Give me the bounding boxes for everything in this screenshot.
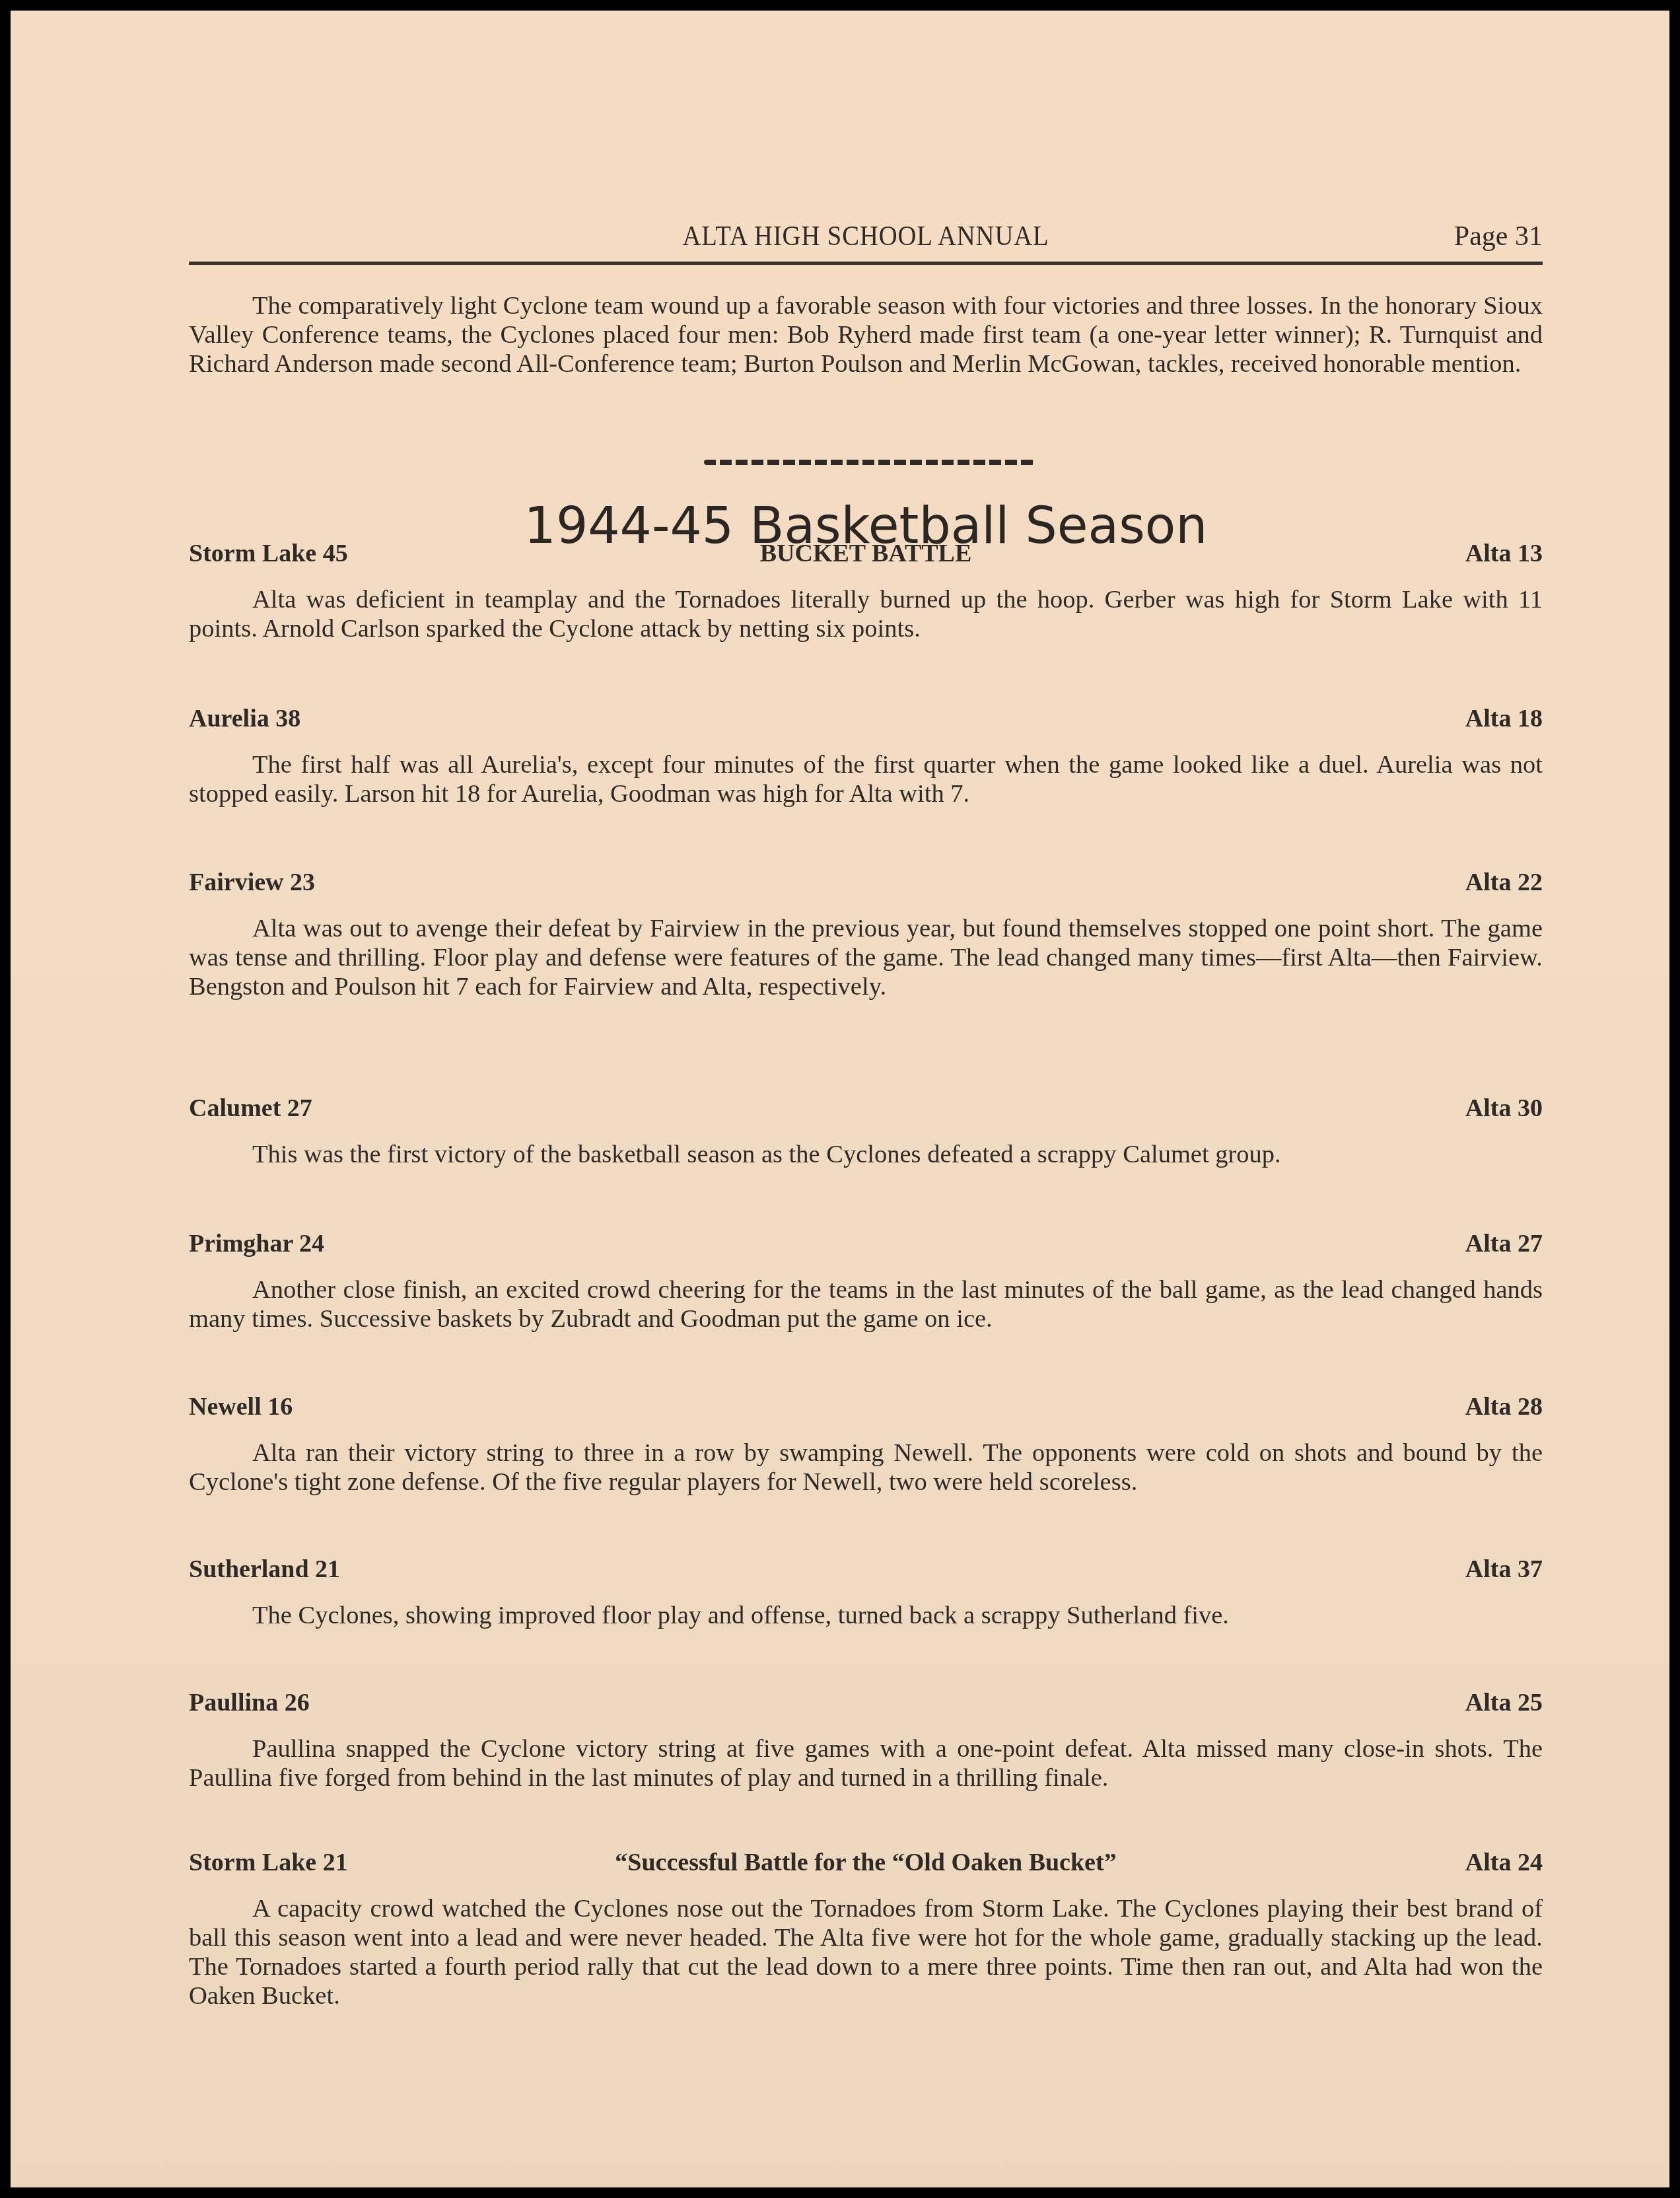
opponent-score: Calumet 27 (189, 1094, 312, 1123)
game-recap: Alta was out to avenge their defeat by F… (189, 914, 1543, 1001)
game-caption: “Successful Battle for the “Old Oaken Bu… (189, 1848, 1543, 1877)
game-caption: BUCKET BATTLE (189, 539, 1543, 568)
game-recap: This was the first victory of the basket… (189, 1140, 1543, 1169)
page-number: Page 31 (1454, 221, 1543, 252)
game-score-line: Primghar 24 Alta 27 (189, 1229, 1543, 1262)
game-score-line: Newell 16 Alta 28 (189, 1392, 1543, 1425)
intro-paragraph: The comparatively light Cyclone team wou… (189, 291, 1543, 378)
game-entry: Fairview 23 Alta 22 Alta was out to aven… (189, 868, 1543, 1001)
game-recap: The first half was all Aurelia's, except… (189, 750, 1543, 808)
alta-score: Alta 18 (1465, 704, 1543, 733)
alta-score: Alta 28 (1465, 1392, 1543, 1421)
dotted-separator (704, 460, 1034, 465)
game-recap: Paullina snapped the Cyclone victory str… (189, 1734, 1543, 1792)
game-score-line: Sutherland 21 Alta 37 (189, 1555, 1543, 1588)
yearbook-page: ALTA HIGH SCHOOL ANNUAL Page 31 The comp… (11, 11, 1669, 2187)
opponent-score: Fairview 23 (189, 868, 315, 897)
game-entry: Primghar 24 Alta 27 Another close finish… (189, 1229, 1543, 1333)
game-score-line: Fairview 23 Alta 22 (189, 868, 1543, 901)
running-title: ALTA HIGH SCHOOL ANNUAL (243, 221, 1488, 252)
game-score-line: Storm Lake 45 BUCKET BATTLE Alta 13 (189, 539, 1543, 572)
alta-score: Alta 24 (1465, 1848, 1543, 1877)
running-header: ALTA HIGH SCHOOL ANNUAL Page 31 (189, 221, 1543, 260)
game-recap: The Cyclones, showing improved floor pla… (189, 1601, 1543, 1630)
game-entry: Storm Lake 21 “Successful Battle for the… (189, 1848, 1543, 2010)
alta-score: Alta 30 (1465, 1094, 1543, 1123)
game-entry: Sutherland 21 Alta 37 The Cyclones, show… (189, 1555, 1543, 1630)
alta-score: Alta 13 (1465, 539, 1543, 568)
game-entry: Aurelia 38 Alta 18 The first half was al… (189, 704, 1543, 808)
alta-score: Alta 27 (1465, 1229, 1543, 1258)
game-recap: Alta was deficient in teamplay and the T… (189, 585, 1543, 643)
football-summary: The comparatively light Cyclone team wou… (189, 291, 1543, 378)
game-score-line: Paullina 26 Alta 25 (189, 1688, 1543, 1721)
game-entry: Storm Lake 45 BUCKET BATTLE Alta 13 Alta… (189, 539, 1543, 643)
header-rule (189, 262, 1543, 265)
game-recap: Alta ran their victory string to three i… (189, 1438, 1543, 1497)
alta-score: Alta 22 (1465, 868, 1543, 897)
game-score-line: Aurelia 38 Alta 18 (189, 704, 1543, 737)
game-recap: Another close finish, an excited crowd c… (189, 1275, 1543, 1333)
alta-score: Alta 25 (1465, 1688, 1543, 1717)
game-score-line: Calumet 27 Alta 30 (189, 1094, 1543, 1127)
opponent-score: Aurelia 38 (189, 704, 300, 733)
game-entry: Calumet 27 Alta 30 This was the first vi… (189, 1094, 1543, 1169)
game-entry: Newell 16 Alta 28 Alta ran their victory… (189, 1392, 1543, 1497)
game-recap: A capacity crowd watched the Cyclones no… (189, 1894, 1543, 2010)
opponent-score: Newell 16 (189, 1392, 293, 1421)
opponent-score: Sutherland 21 (189, 1555, 340, 1584)
opponent-score: Primghar 24 (189, 1229, 324, 1258)
game-score-line: Storm Lake 21 “Successful Battle for the… (189, 1848, 1543, 1881)
game-entry: Paullina 26 Alta 25 Paullina snapped the… (189, 1688, 1543, 1792)
opponent-score: Paullina 26 (189, 1688, 310, 1717)
alta-score: Alta 37 (1465, 1555, 1543, 1584)
